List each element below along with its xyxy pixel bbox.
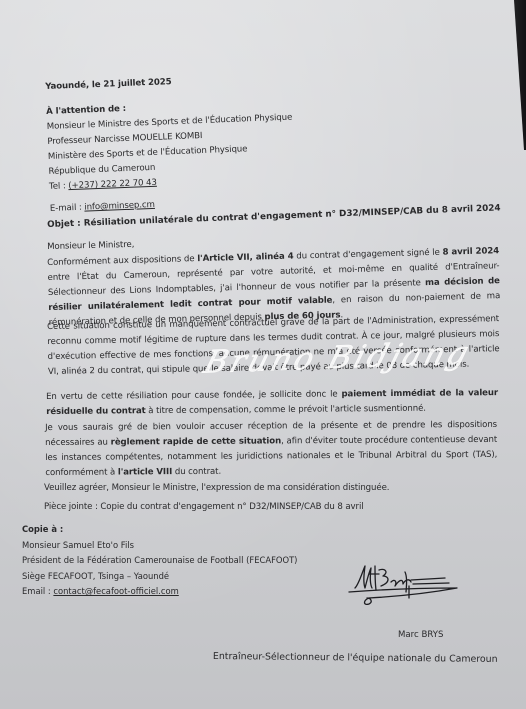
email-label: E-mail :	[50, 203, 85, 214]
copy-email: Email : contact@fecafoot-officiel.com	[22, 584, 297, 600]
body-text: à titre de compensation, comme le prévoi…	[146, 404, 426, 416]
dark-background-edge	[506, 0, 526, 150]
signer-name: Marc BRYS	[398, 630, 444, 640]
attachment-note: Pièce jointe : Copie du contrat d'engage…	[44, 500, 364, 515]
copies-label: Copie à :	[22, 522, 297, 538]
salutation: Monsieur le Ministre,	[47, 238, 134, 255]
emphasized-text: l'Article VII, alinéa 4	[197, 252, 294, 265]
date-line: Yaoundé, le 21 juillet 2025	[45, 71, 291, 95]
copy-recipient-line: Président de la Fédération Camerounaise …	[22, 553, 297, 569]
copy-email-label: Email :	[22, 586, 53, 596]
tel-link[interactable]: (+237) 222 22 70 43	[68, 178, 157, 191]
closing-formula: Veuillez agréer, Monsieur le Ministre, l…	[44, 481, 389, 496]
paragraph-compensation: En vertu de cette résiliation pour cause…	[46, 386, 498, 420]
body-text: du contrat.	[172, 467, 221, 477]
document-photo: Yaoundé, le 21 juillet 2025 À l'attentio…	[0, 0, 526, 709]
body-text: Cette situation constitue un manquement …	[47, 314, 500, 377]
paragraph-breach: Cette situation constitue un manquement …	[47, 312, 500, 380]
handwritten-signature	[345, 562, 465, 612]
signer-title: Entraîneur-Sélectionneur de l'équipe nat…	[213, 651, 498, 665]
copy-email-link[interactable]: contact@fecafoot-officiel.com	[53, 586, 178, 596]
body-text: Conformément aux dispositions de	[47, 254, 197, 268]
copy-recipient-line: Monsieur Samuel Eto'o Fils	[22, 538, 297, 554]
body-text: du contrat d'engagement signé le	[293, 248, 442, 262]
emphasized-text: 8 avril 2024	[442, 246, 499, 257]
letter-header: Yaoundé, le 21 juillet 2025 À l'attentio…	[45, 71, 296, 217]
copies-block: Copie à : Monsieur Samuel Eto'o Fils Pré…	[22, 522, 297, 600]
tel-label: Tel :	[49, 181, 69, 192]
copy-recipient-line: Siège FECAFOOT, Tsinga – Yaoundé	[22, 569, 297, 585]
emphasized-text: l'article VIII	[118, 467, 172, 477]
emphasized-text: règlement rapide de cette situation	[111, 436, 282, 447]
body-text: En vertu de cette résiliation pour cause…	[46, 389, 341, 402]
email-link[interactable]: info@minsep.cm	[84, 200, 155, 213]
paragraph-request: Je vous saurais gré de bien vouloir accu…	[45, 418, 497, 481]
